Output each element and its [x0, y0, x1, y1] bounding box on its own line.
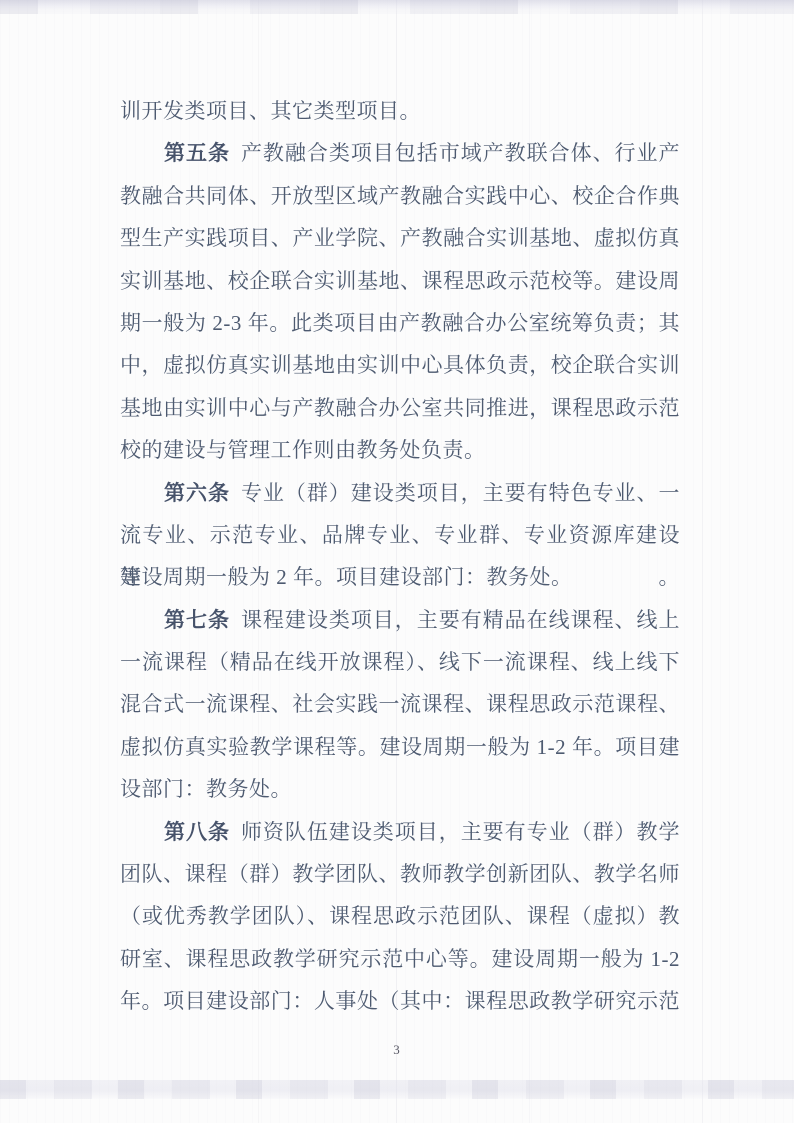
text-line-article-7: 第七条课程建设类项目，主要有精品在线课程、线上: [120, 599, 680, 641]
text-line: 混合式一流课程、社会实践一流课程、课程思政示范课程、: [120, 683, 680, 725]
text-line: 中，虚拟仿真实训基地由实训中心具体负责，校企联合实训: [120, 344, 680, 386]
text-line: 校的建设与管理工作则由教务处负责。: [120, 429, 680, 471]
text-run: 专业（群）建设类项目，主要有特色专业、一: [241, 481, 680, 505]
text-line: 期一般为 2-3 年。此类项目由产教融合办公室统筹负责；其: [120, 302, 680, 344]
text-run: 课程建设类项目，主要有精品在线课程、线上: [241, 608, 680, 632]
text-line: 型生产实践项目、产业学院、产教融合实训基地、虚拟仿真: [120, 217, 680, 259]
text-line: 训开发类项目、其它类型项目。: [120, 90, 680, 132]
text-run: 师资队伍建设类项目，主要有专业（群）教学: [241, 820, 680, 844]
text-line: 年。项目建设部门：人事处（其中：课程思政教学研究示范: [120, 980, 680, 1022]
text-line-article-8: 第八条师资队伍建设类项目，主要有专业（群）教学: [120, 811, 680, 853]
text-line: 教融合共同体、开放型区域产教融合实践中心、校企合作典: [120, 175, 680, 217]
scan-artifact-bottom: [0, 1080, 794, 1099]
text-line: 团队、课程（群）教学团队、教师教学创新团队、教学名师: [120, 853, 680, 895]
page-number: 3: [0, 1042, 794, 1058]
text-line: 实训基地、校企联合实训基地、课程思政示范校等。建设周: [120, 260, 680, 302]
article-number-label: 第七条: [164, 608, 230, 632]
text-line: （或优秀教学团队）、课程思政示范团队、课程（虚拟）教: [120, 895, 680, 937]
text-line-article-5: 第五条产教融合类项目包括市域产教联合体、行业产: [120, 132, 680, 174]
text-line: 研室、课程思政教学研究示范中心等。建设周期一般为 1-2: [120, 938, 680, 980]
text-line-article-6: 第六条专业（群）建设类项目，主要有特色专业、一: [120, 472, 680, 514]
text-line: 流专业、示范专业、品牌专业、专业群、专业资源库建设等。: [120, 514, 680, 556]
text-line: 一流课程（精品在线开放课程）、线下一流课程、线上线下: [120, 641, 680, 683]
article-number-label: 第六条: [164, 481, 230, 505]
text-run: 产教融合类项目包括市域产教联合体、行业产: [241, 141, 680, 165]
article-number-label: 第八条: [164, 820, 230, 844]
document-page: 训开发类项目、其它类型项目。 第五条产教融合类项目包括市域产教联合体、行业产 教…: [0, 0, 794, 1123]
document-body: 训开发类项目、其它类型项目。 第五条产教融合类项目包括市域产教联合体、行业产 教…: [120, 90, 680, 1023]
text-line: 虚拟仿真实验教学课程等。建设周期一般为 1-2 年。项目建: [120, 726, 680, 768]
text-line: 设部门：教务处。: [120, 768, 680, 810]
text-line: 基地由实训中心与产教融合办公室共同推进，课程思政示范: [120, 387, 680, 429]
article-number-label: 第五条: [164, 141, 230, 165]
scan-artifact-top: [0, 0, 794, 14]
